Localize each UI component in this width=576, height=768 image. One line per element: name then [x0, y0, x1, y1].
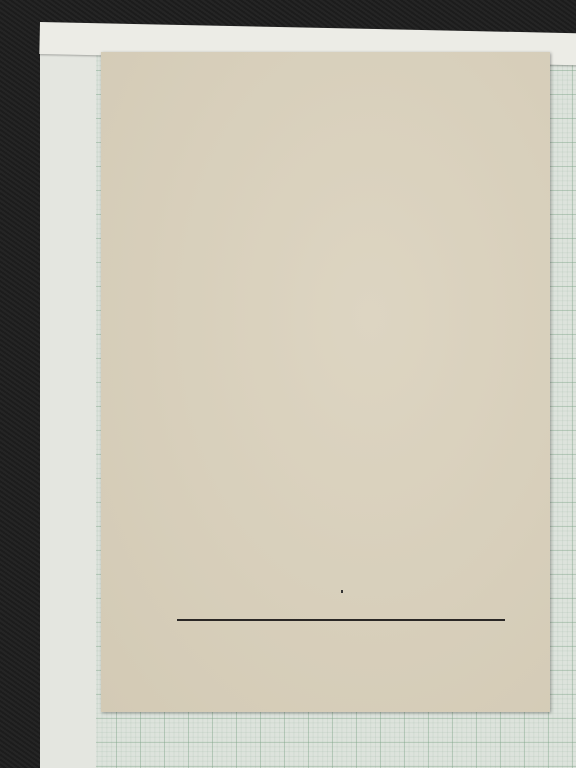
document-page [101, 52, 550, 712]
ornament-dot [341, 590, 343, 593]
left-ruler-strip [40, 40, 96, 768]
footer-rule [177, 619, 505, 621]
